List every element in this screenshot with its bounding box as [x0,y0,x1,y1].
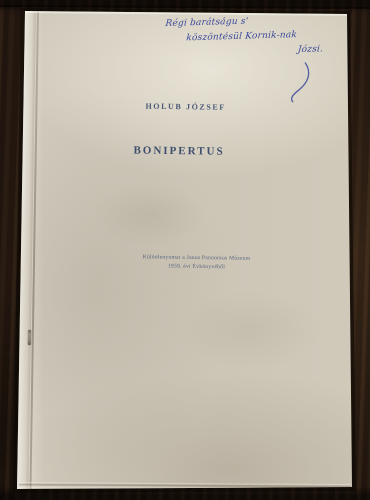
imprint: Különlenyomat a Janus Pannonius Múzeum 1… [68,252,324,273]
photo-scene: Régi barátságu s' köszöntésül Kornik-nak… [0,0,370,500]
booklet-title: BONIPERTUS [14,143,344,160]
cover-content: Régi barátságu s' köszöntésül Kornik-nak… [0,0,370,500]
pen-flourish [271,59,322,105]
handwritten-dedication: Régi barátságu s' köszöntésül Kornik-nak… [163,11,356,62]
booklet-cover: Régi barátságu s' köszöntésül Kornik-nak… [0,0,370,500]
